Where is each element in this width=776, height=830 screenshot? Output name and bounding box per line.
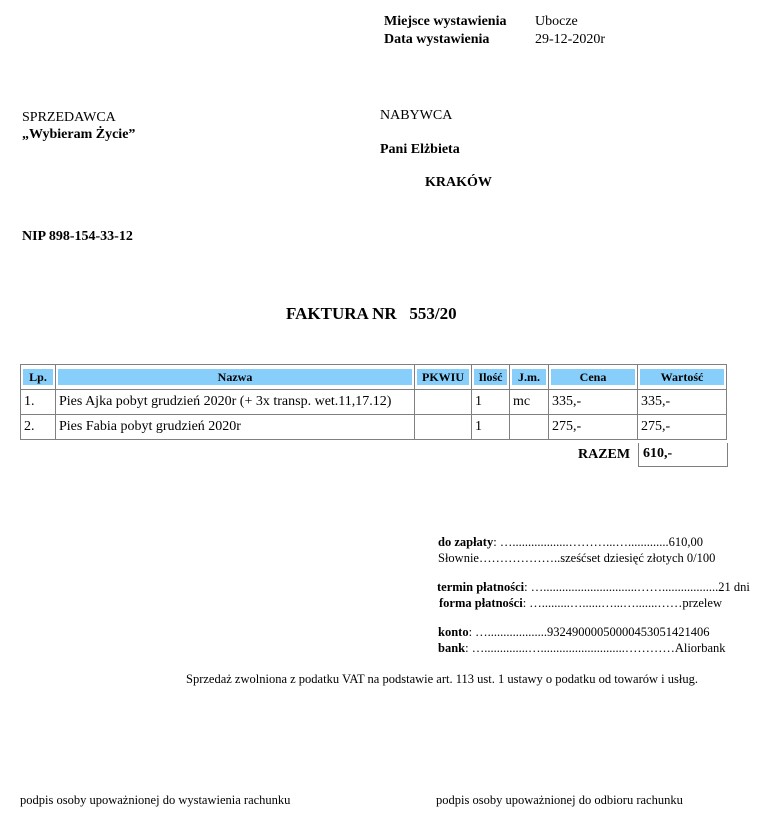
cell-price: 335,- (549, 390, 638, 415)
column-header-lp: Lp. (21, 365, 56, 390)
bank-value: : …..............…......................… (465, 641, 725, 655)
issuer-signature-label: podpis osoby upoważnionej do wystawienia… (20, 793, 290, 808)
vat-exemption-note: Sprzedaż zwolniona z podatku VAT na pods… (186, 672, 698, 687)
cell-price: 275,- (549, 415, 638, 439)
seller-heading: SPRZEDAWCA (22, 110, 116, 126)
table-header-row: Lp. Nazwa PKWIU Ilość J.m. Cena Wartość (21, 365, 726, 390)
table-row: 2. Pies Fabia pobyt grudzień 2020r 1 275… (21, 415, 726, 439)
payment-form-value: : ….........…......…...….......……przelew (523, 596, 722, 610)
payment-term-value: : …..............................…….....… (524, 580, 750, 594)
column-header-name: Nazwa (56, 365, 415, 390)
amount-due-label: do zapłaty (438, 535, 493, 549)
receiver-signature-label: podpis osoby upoważnionej do odbioru rac… (436, 793, 683, 808)
cell-unit (510, 415, 549, 439)
amount-words-label: Słownie (438, 551, 479, 565)
column-header-price: Cena (549, 365, 638, 390)
date-label: Data wystawienia (384, 32, 489, 48)
payment-form-label: forma płatności (439, 596, 523, 610)
column-header-pkwiu: PKWIU (415, 365, 472, 390)
cell-unit: mc (510, 390, 549, 415)
amount-words-line: Słownie………………..sześćset dziesięć złotych… (438, 551, 715, 566)
payment-term-label: termin płatności (437, 580, 524, 594)
total-label: RAZEM (578, 447, 630, 463)
seller-name: „Wybieram Życie” (22, 127, 135, 143)
amount-words-value: ………………..sześćset dziesięć złotych 0/100 (479, 551, 715, 565)
total-value: 610,- (638, 443, 728, 467)
cell-pkwiu (415, 415, 472, 439)
amount-due-line: do zapłaty: …..................………...…..… (438, 535, 703, 550)
cell-value: 275,- (638, 415, 726, 439)
account-value: : …...................932490000500004530… (469, 625, 710, 639)
account-line: konto: …...................9324900005000… (438, 625, 710, 640)
column-header-unit: J.m. (510, 365, 549, 390)
account-label: konto (438, 625, 469, 639)
buyer-heading: NABYWCA (380, 108, 452, 124)
cell-lp: 1. (21, 390, 56, 415)
amount-due-value: : …..................………...…............… (493, 535, 703, 549)
invoice-title: FAKTURA NR 553/20 (286, 304, 457, 324)
bank-label: bank (438, 641, 465, 655)
payment-term-line: termin płatności: ….....................… (437, 580, 750, 595)
buyer-city: KRAKÓW (425, 175, 492, 191)
invoice-items-table: Lp. Nazwa PKWIU Ilość J.m. Cena Wartość … (20, 364, 727, 440)
bank-line: bank: …..............…..................… (438, 641, 726, 656)
buyer-name: Pani Elżbieta (380, 142, 460, 158)
column-header-qty: Ilość (472, 365, 510, 390)
cell-name: Pies Ajka pobyt grudzień 2020r (+ 3x tra… (56, 390, 415, 415)
date-value: 29-12-2020r (535, 32, 605, 48)
place-value: Ubocze (535, 14, 578, 30)
column-header-value: Wartość (638, 365, 726, 390)
table-row: 1. Pies Ajka pobyt grudzień 2020r (+ 3x … (21, 390, 726, 415)
seller-nip: NIP 898-154-33-12 (22, 229, 133, 245)
place-label: Miejsce wystawienia (384, 14, 506, 30)
cell-name: Pies Fabia pobyt grudzień 2020r (56, 415, 415, 439)
cell-qty: 1 (472, 390, 510, 415)
cell-pkwiu (415, 390, 472, 415)
payment-form-line: forma płatności: ….........…......…...….… (439, 596, 722, 611)
cell-lp: 2. (21, 415, 56, 439)
cell-value: 335,- (638, 390, 726, 415)
cell-qty: 1 (472, 415, 510, 439)
